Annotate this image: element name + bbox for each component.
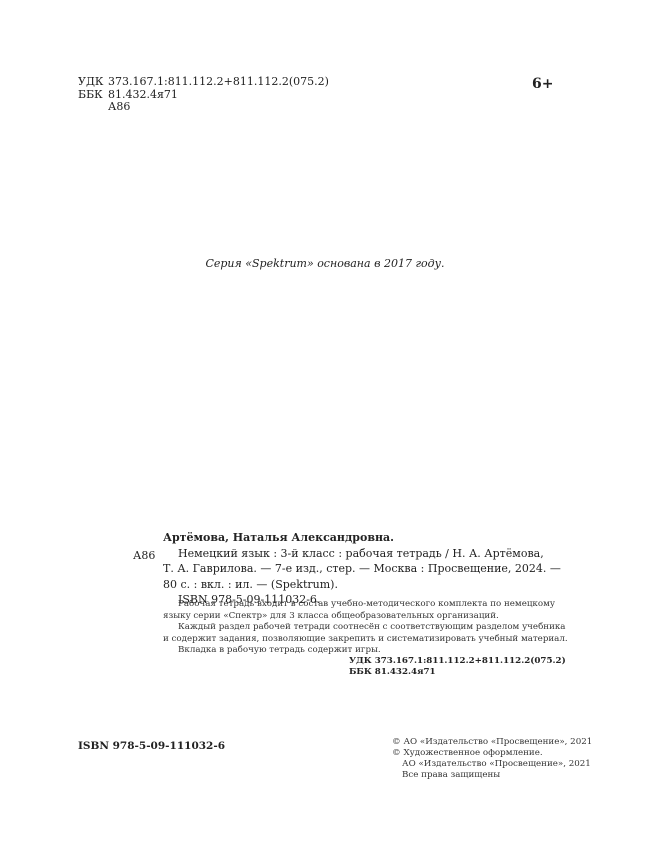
udk-row: УДК 373.167.1:811.112.2+811.112.2(075.2) xyxy=(78,76,329,89)
card-line-3: 80 с. : вкл. : ил. — (Spektrum). xyxy=(163,577,561,593)
classification-codes: УДК 373.167.1:811.112.2+811.112.2(075.2)… xyxy=(78,76,329,114)
age-rating: 6+ xyxy=(532,76,553,92)
annotation-p2-line1: Каждый раздел рабочей тетради соотнесён … xyxy=(163,622,568,634)
annotation-p1-line1: Рабочая тетрадь входит в состав учебно-м… xyxy=(163,599,568,611)
annotation-p2-line2: и содержит задания, позволяющие закрепит… xyxy=(163,634,568,646)
card-line-1: Немецкий язык : 3-й класс : рабочая тетр… xyxy=(163,546,561,562)
card-line-2: Т. А. Гаврилова. — 7-е изд., стер. — Мос… xyxy=(163,561,561,577)
copyright-line-3: АО «Издательство «Просвещение», 2021 xyxy=(392,759,592,770)
copyright-block: © АО «Издательство «Просвещение», 2021 ©… xyxy=(392,737,592,781)
copyright-line-2: © Художественное оформление. xyxy=(392,748,592,759)
copyright-line-1: © АО «Издательство «Просвещение», 2021 xyxy=(392,737,592,748)
udk-value: 373.167.1:811.112.2+811.112.2(075.2) xyxy=(108,76,329,89)
bbk-label: ББК xyxy=(78,89,108,102)
copyright-line-4: Все права защищены xyxy=(392,770,592,781)
isbn: ISBN 978-5-09-111032-6 xyxy=(78,740,225,752)
annotation-p1-line2: языку серии «Спектр» для 3 класса общеоб… xyxy=(163,611,568,623)
catalog-card: Артёмова, Наталья Александровна. Немецки… xyxy=(163,530,561,608)
author-sign-row: А86 xyxy=(78,101,329,114)
card-bbk: ББК 81.432.4я71 xyxy=(349,667,566,678)
author-sign: А86 xyxy=(108,101,130,114)
card-cipher: А86 xyxy=(133,549,155,562)
card-classification-codes: УДК 373.167.1:811.112.2+811.112.2(075.2)… xyxy=(349,656,566,678)
card-author: Артёмова, Наталья Александровна. xyxy=(163,530,561,546)
annotation: Рабочая тетрадь входит в состав учебно-м… xyxy=(163,599,568,657)
udk-label: УДК xyxy=(78,76,108,89)
series-note: Серия «Spektrum» основана в 2017 году. xyxy=(0,257,650,270)
card-udk: УДК 373.167.1:811.112.2+811.112.2(075.2) xyxy=(349,656,566,667)
